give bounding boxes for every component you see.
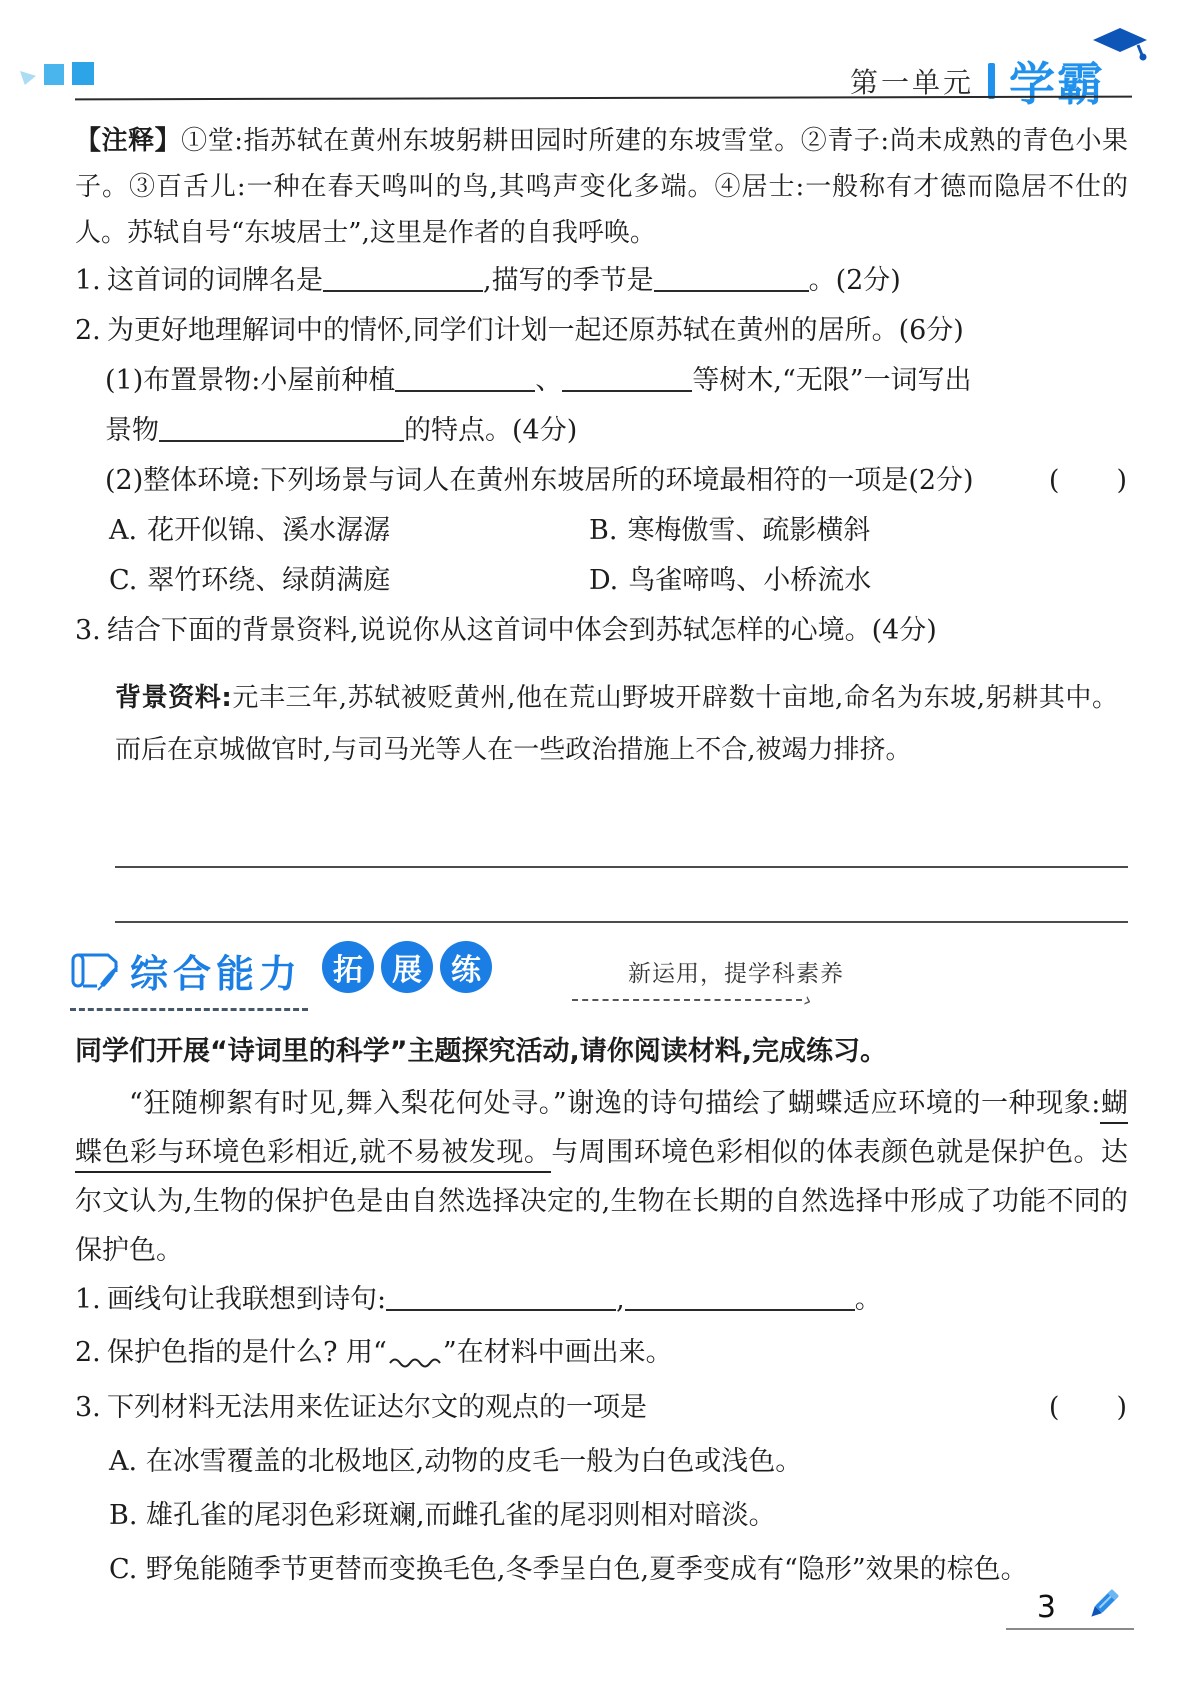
option-text: 野兔能随季节更替而变换毛色,冬季呈白色,夏季变成有“隐形”效果的棕色。 [146, 1554, 1028, 1585]
answer-blank [159, 415, 404, 442]
material-paragraph: “狂随柳絮有时见,舞入梨花何处寻。”谢逸的诗句描绘了蝴蝶适应环境的一种现象:蝴蝶… [75, 1079, 1128, 1275]
question-1: 1.这首词的词牌名是,描写的季节是。(2分) [75, 256, 1128, 306]
option-label: A. [109, 515, 137, 546]
corner-square-icon [72, 62, 94, 85]
option-text: 在冰雪覆盖的北极地区,动物的皮毛一般为白色或浅色。 [146, 1446, 803, 1477]
badge-circle: 练 [440, 941, 492, 993]
option-row: A. 在冰雪覆盖的北极地区,动物的皮毛一般为白色或浅色。 [75, 1435, 1128, 1489]
divider-bar [988, 63, 995, 99]
question-text: 、 [535, 365, 562, 396]
question-2-options: A.花开似锦、溪水潺潺 B.寒梅傲雪、疏影横斜 C.翠竹环绕、绿荫满庭 D.鸟雀… [75, 506, 1128, 606]
question-text: 布置景物:小屋前种植 [143, 365, 395, 396]
unit-label: 第一单元 [850, 61, 974, 101]
answer-blank [625, 1284, 855, 1311]
answer-line [115, 866, 1128, 868]
question-number: 1. [75, 1275, 107, 1325]
answer-blank [386, 1284, 616, 1311]
option-label: B. [109, 1500, 137, 1531]
option-text: 花开似锦、溪水潺潺 [147, 515, 390, 546]
option-label: A. [109, 1446, 137, 1477]
arrow-right-icon: › [801, 989, 815, 1011]
question-text: ,描写的季节是 [483, 265, 654, 296]
question-number: 2. [75, 1325, 107, 1381]
badge-tagline: 新运用，提学科素养 [572, 955, 844, 988]
answer-blank [395, 365, 535, 392]
background-material: 背景资料:元丰三年,苏轼被贬黄州,他在荒山野坡开辟数十亩地,命名为东坡,躬耕其中… [115, 672, 1118, 776]
question-number: 1. [75, 256, 107, 306]
question-3: 3.结合下面的背景资料,说说你从这首词中体会到苏轼怎样的心境。(4分) [75, 606, 1128, 656]
corner-square-icon [44, 64, 64, 85]
tagline-dash-line: › [572, 990, 844, 1010]
answer-line [115, 921, 1128, 923]
question-text: ”在材料中画出来。 [443, 1337, 673, 1368]
badge-tagline-group: 新运用，提学科素养 › [572, 955, 844, 1010]
material-text: “狂随柳絮有时见,舞入梨花何处寻。”谢逸的诗句描绘了蝴蝶适应环境的一种现象: [129, 1088, 1100, 1119]
page-number: 3 [1037, 1590, 1056, 1625]
science-question-3: 3.下列材料无法用来佐证达尔文的观点的一项是 ( ) [75, 1381, 1128, 1435]
question-text: 这首词的词牌名是 [107, 265, 323, 296]
question-text: 整体环境:下列场景与词人在黄州东坡居所的环境最相符的一项是(2分) [143, 465, 973, 496]
question-text: 的特点。(4分) [404, 415, 577, 446]
question-text: 保护色指的是什么? 用“ [107, 1337, 387, 1368]
worksheet-page: 第一单元 学霸 【注释】①堂:指苏轼在黄州东坡躬耕田园时所建的东坡雪堂。②青子:… [0, 0, 1190, 1682]
question-number: (2) [105, 465, 143, 496]
question-text: 画线句让我联想到诗句: [107, 1284, 386, 1315]
question-text: 等树木,“无限”一词写出 [692, 365, 971, 396]
corner-triangle-icon [20, 71, 36, 85]
option-row: C.翠竹环绕、绿荫满庭 [109, 556, 589, 606]
notes-text: ①堂:指苏轼在黄州东坡躬耕田园时所建的东坡雪堂。②青子:尚未成熟的青色小果子。③… [75, 126, 1128, 248]
option-text: 雄孔雀的尾羽色彩斑斓,而雌孔雀的尾羽则相对暗淡。 [146, 1500, 776, 1531]
badge-circle: 展 [381, 941, 433, 993]
question-text: 。(2分) [809, 265, 901, 296]
badge-title-group: 综合能力 [70, 939, 308, 1011]
option-row: A.花开似锦、溪水潺潺 [109, 506, 589, 556]
option-label: B. [589, 515, 617, 546]
question-number: 3. [75, 606, 107, 656]
ability-section-header: 综合能力 拓 展 练 新运用，提学科素养 › [70, 939, 1128, 1019]
science-question-2: 2.保护色指的是什么? 用“”在材料中画出来。 [75, 1325, 1128, 1381]
option-label: C. [109, 565, 137, 596]
footer-rule [1006, 1628, 1134, 1630]
badge-title: 综合能力 [130, 943, 302, 998]
header-right: 第一单元 学霸 [850, 48, 1135, 114]
question-text: , [616, 1284, 625, 1315]
question-number: 2. [75, 306, 107, 356]
page-content: 【注释】①堂:指苏轼在黄州东坡躬耕田园时所建的东坡雪堂。②青子:尚未成熟的青色小… [0, 118, 1190, 1597]
option-label: D. [589, 565, 618, 596]
background-text: 元丰三年,苏轼被贬黄州,他在荒山野坡开辟数十亩地,命名为东坡,躬耕其中。而后在京… [115, 683, 1118, 765]
option-label: C. [109, 1554, 137, 1585]
question-text: 。 [855, 1284, 882, 1315]
question-number: (1) [105, 365, 143, 396]
answer-bracket: ( ) [1049, 1381, 1128, 1435]
background-label: 背景资料: [115, 683, 232, 713]
question-number: 3. [75, 1381, 107, 1435]
answer-blank [654, 265, 809, 292]
badge-circles: 拓 展 练 [322, 941, 492, 993]
question-2-sub1: (1)布置景物:小屋前种植、等树木,“无限”一词写出 [75, 356, 1128, 406]
option-row: C. 野兔能随季节更替而变换毛色,冬季呈白色,夏季变成有“隐形”效果的棕色。 [75, 1543, 1128, 1597]
brand-logo: 学霸 [1009, 48, 1135, 114]
page-header: 第一单元 学霸 [0, 0, 1190, 100]
pencil-icon [1080, 1584, 1124, 1628]
answer-blank [323, 265, 483, 292]
notes-label: 【注释】 [75, 126, 181, 156]
option-row: D.鸟雀啼鸣、小桥流水 [589, 556, 1128, 606]
scroll-quill-icon [70, 946, 122, 996]
option-text: 寒梅傲雪、疏影横斜 [627, 515, 870, 546]
question-text: 为更好地理解词中的情怀,同学们计划一起还原苏轼在黄州的居所。(6分) [107, 315, 964, 346]
question-2-sub1-line2: 景物的特点。(4分) [75, 406, 1128, 456]
option-text: 鸟雀啼鸣、小桥流水 [628, 565, 871, 596]
corner-marks [20, 62, 94, 85]
question-2: 2.为更好地理解词中的情怀,同学们计划一起还原苏轼在黄州的居所。(6分) [75, 306, 1128, 356]
option-text: 翠竹环绕、绿荫满庭 [147, 565, 390, 596]
graduation-cap-icon [1091, 26, 1149, 70]
wavy-line-mark [389, 1355, 441, 1369]
answer-blank [562, 365, 692, 392]
notes-paragraph: 【注释】①堂:指苏轼在黄州东坡躬耕田园时所建的东坡雪堂。②青子:尚未成熟的青色小… [75, 118, 1128, 256]
option-row: B. 雄孔雀的尾羽色彩斑斓,而雌孔雀的尾羽则相对暗淡。 [75, 1489, 1128, 1543]
question-text: 景物 [105, 415, 159, 446]
question-2-sub2: (2)整体环境:下列场景与词人在黄州东坡居所的环境最相符的一项是(2分) ( ) [75, 456, 1128, 506]
question-text: 结合下面的背景资料,说说你从这首词中体会到苏轼怎样的心境。(4分) [107, 615, 937, 646]
activity-intro: 同学们开展“诗词里的科学”主题探究活动,请你阅读材料,完成练习。 [75, 1029, 1128, 1075]
option-row: B.寒梅傲雪、疏影横斜 [589, 506, 1128, 556]
answer-bracket: ( ) [1049, 456, 1128, 506]
science-question-1: 1.画线句让我联想到诗句:,。 [75, 1275, 1128, 1325]
badge-circle: 拓 [322, 941, 374, 993]
question-text: 下列材料无法用来佐证达尔文的观点的一项是 [107, 1392, 647, 1423]
